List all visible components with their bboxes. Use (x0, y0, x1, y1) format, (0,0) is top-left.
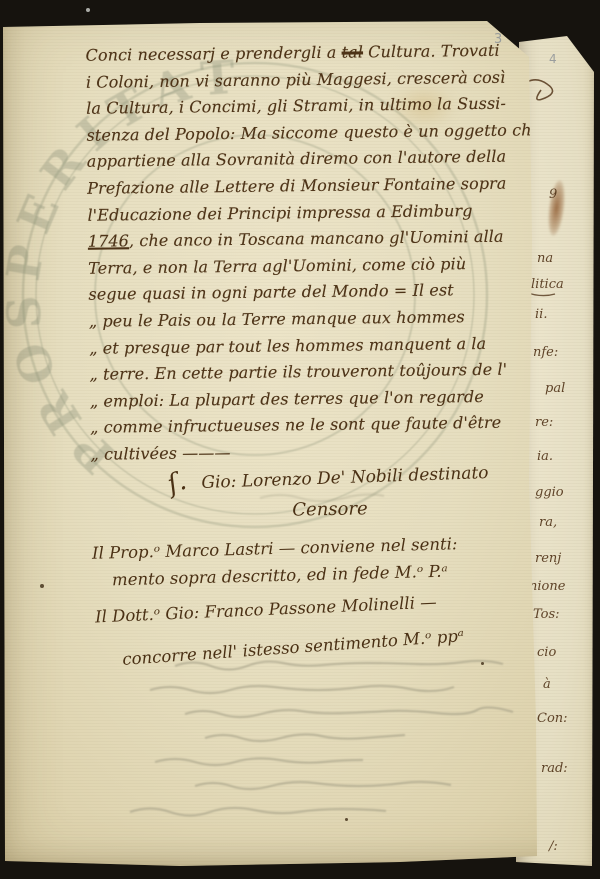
margin-fragment: /: (549, 840, 558, 853)
quote-mark: „ (89, 365, 103, 384)
margin-fragment: à (543, 678, 551, 691)
manuscript-page: PROSPERITAT 3 Conci necessarj e prenderg… (0, 0, 600, 879)
manuscript-line: Prefazione alle Lettere di Monsieur Font… (87, 170, 542, 202)
margin-fragment: na (537, 252, 553, 265)
manuscript-line: 1746, che anco in Toscana mancano gl'Uom… (88, 223, 543, 255)
margin-fragment: litica (531, 278, 564, 291)
quote-mark: „ (90, 418, 104, 437)
dust-speck (86, 8, 90, 12)
margin-fragment: renj (535, 552, 561, 565)
margin-fragment: ra, (539, 516, 557, 529)
quote-mark: „ (89, 338, 103, 357)
margin-fragment: ia. (537, 450, 553, 463)
margin-fragment: cio (537, 646, 556, 659)
margin-fragment: ii. (535, 308, 547, 321)
manuscript-text-block: Conci necessarj e prendergli a tal Cultu… (85, 37, 545, 468)
quote-mark: „ (90, 445, 104, 464)
margin-fragment: rad: (541, 762, 568, 775)
margin-fragment: nione (529, 580, 565, 593)
margin-fragment: Tos: (533, 608, 560, 621)
margin-fragment: 9 (549, 188, 557, 201)
margin-fragment: ggio (535, 486, 564, 499)
quote-mark: „ (89, 312, 103, 331)
underlined-year: 1746 (88, 231, 129, 251)
margin-fragment: Con: (537, 712, 568, 725)
photographed-manuscript-scene: 4 9 na litica ii. nfe: pal re: ia. ggio … (0, 0, 600, 879)
quote-mark: „ (90, 391, 104, 410)
ink-speck (40, 584, 44, 588)
manuscript-line-quote: „ comme infructueuses ne le sont que fau… (90, 410, 545, 442)
margin-fragment: nfe: (533, 346, 558, 359)
folio-number-4: 4 (549, 52, 557, 66)
struck-word: tal (342, 42, 364, 61)
ink-speck (345, 818, 348, 821)
ink-speck (481, 662, 484, 665)
ink-stain (546, 179, 568, 236)
margin-fragment: pal (545, 382, 565, 395)
margin-fragment: re: (535, 416, 553, 429)
